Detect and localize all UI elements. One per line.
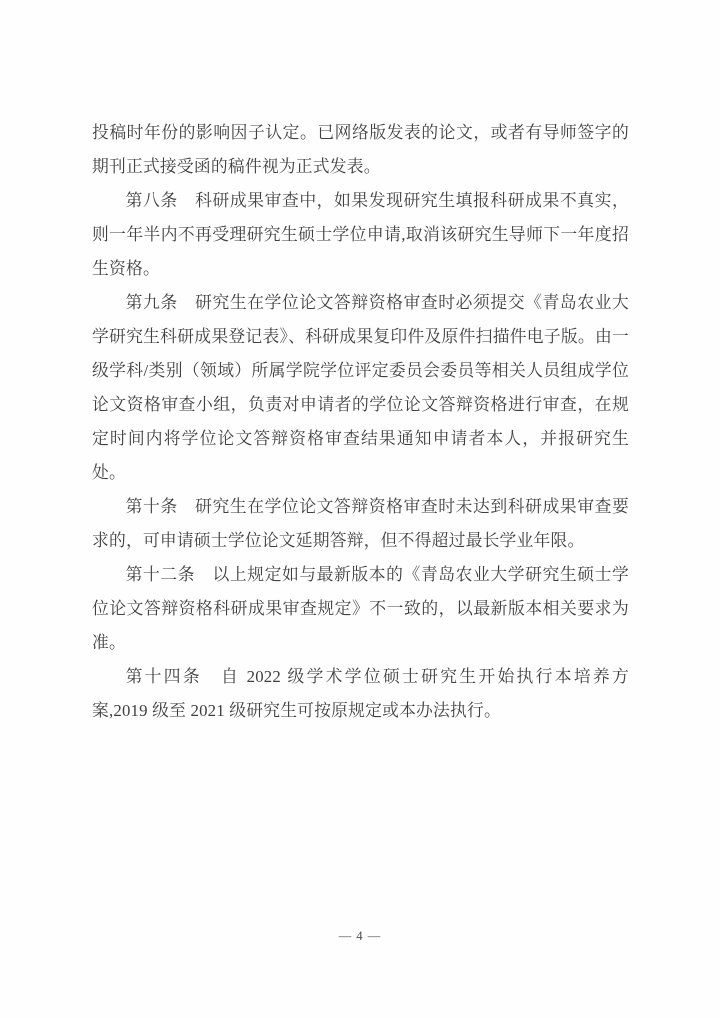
paragraph-article-12: 第十二条 以上规定如与最新版本的《青岛农业大学研究生硕士学位论文答辩资格科研成果… <box>92 558 629 660</box>
document-body: 投稿时年份的影响因子认定。已网络版发表的论文，或者有导师签字的期刊正式接受函的稿… <box>92 116 629 728</box>
paragraph-continuation: 投稿时年份的影响因子认定。已网络版发表的论文，或者有导师签字的期刊正式接受函的稿… <box>92 116 629 184</box>
paragraph-article-8: 第八条 科研成果审查中，如果发现研究生填报科研成果不真实，则一年半内不再受理研究… <box>92 184 629 286</box>
page-number: — 4 — <box>0 929 720 944</box>
paragraph-article-10: 第十条 研究生在学位论文答辩资格审查时未达到科研成果审查要求的，可申请硕士学位论… <box>92 490 629 558</box>
paragraph-article-14: 第十四条 自 2022 级学术学位硕士研究生开始执行本培养方案,2019 级至 … <box>92 660 629 728</box>
paragraph-article-9: 第九条 研究生在学位论文答辩资格审查时必须提交《青岛农业大学研究生科研成果登记表… <box>92 286 629 490</box>
document-page: 投稿时年份的影响因子认定。已网络版发表的论文，或者有导师签字的期刊正式接受函的稿… <box>0 0 720 1018</box>
